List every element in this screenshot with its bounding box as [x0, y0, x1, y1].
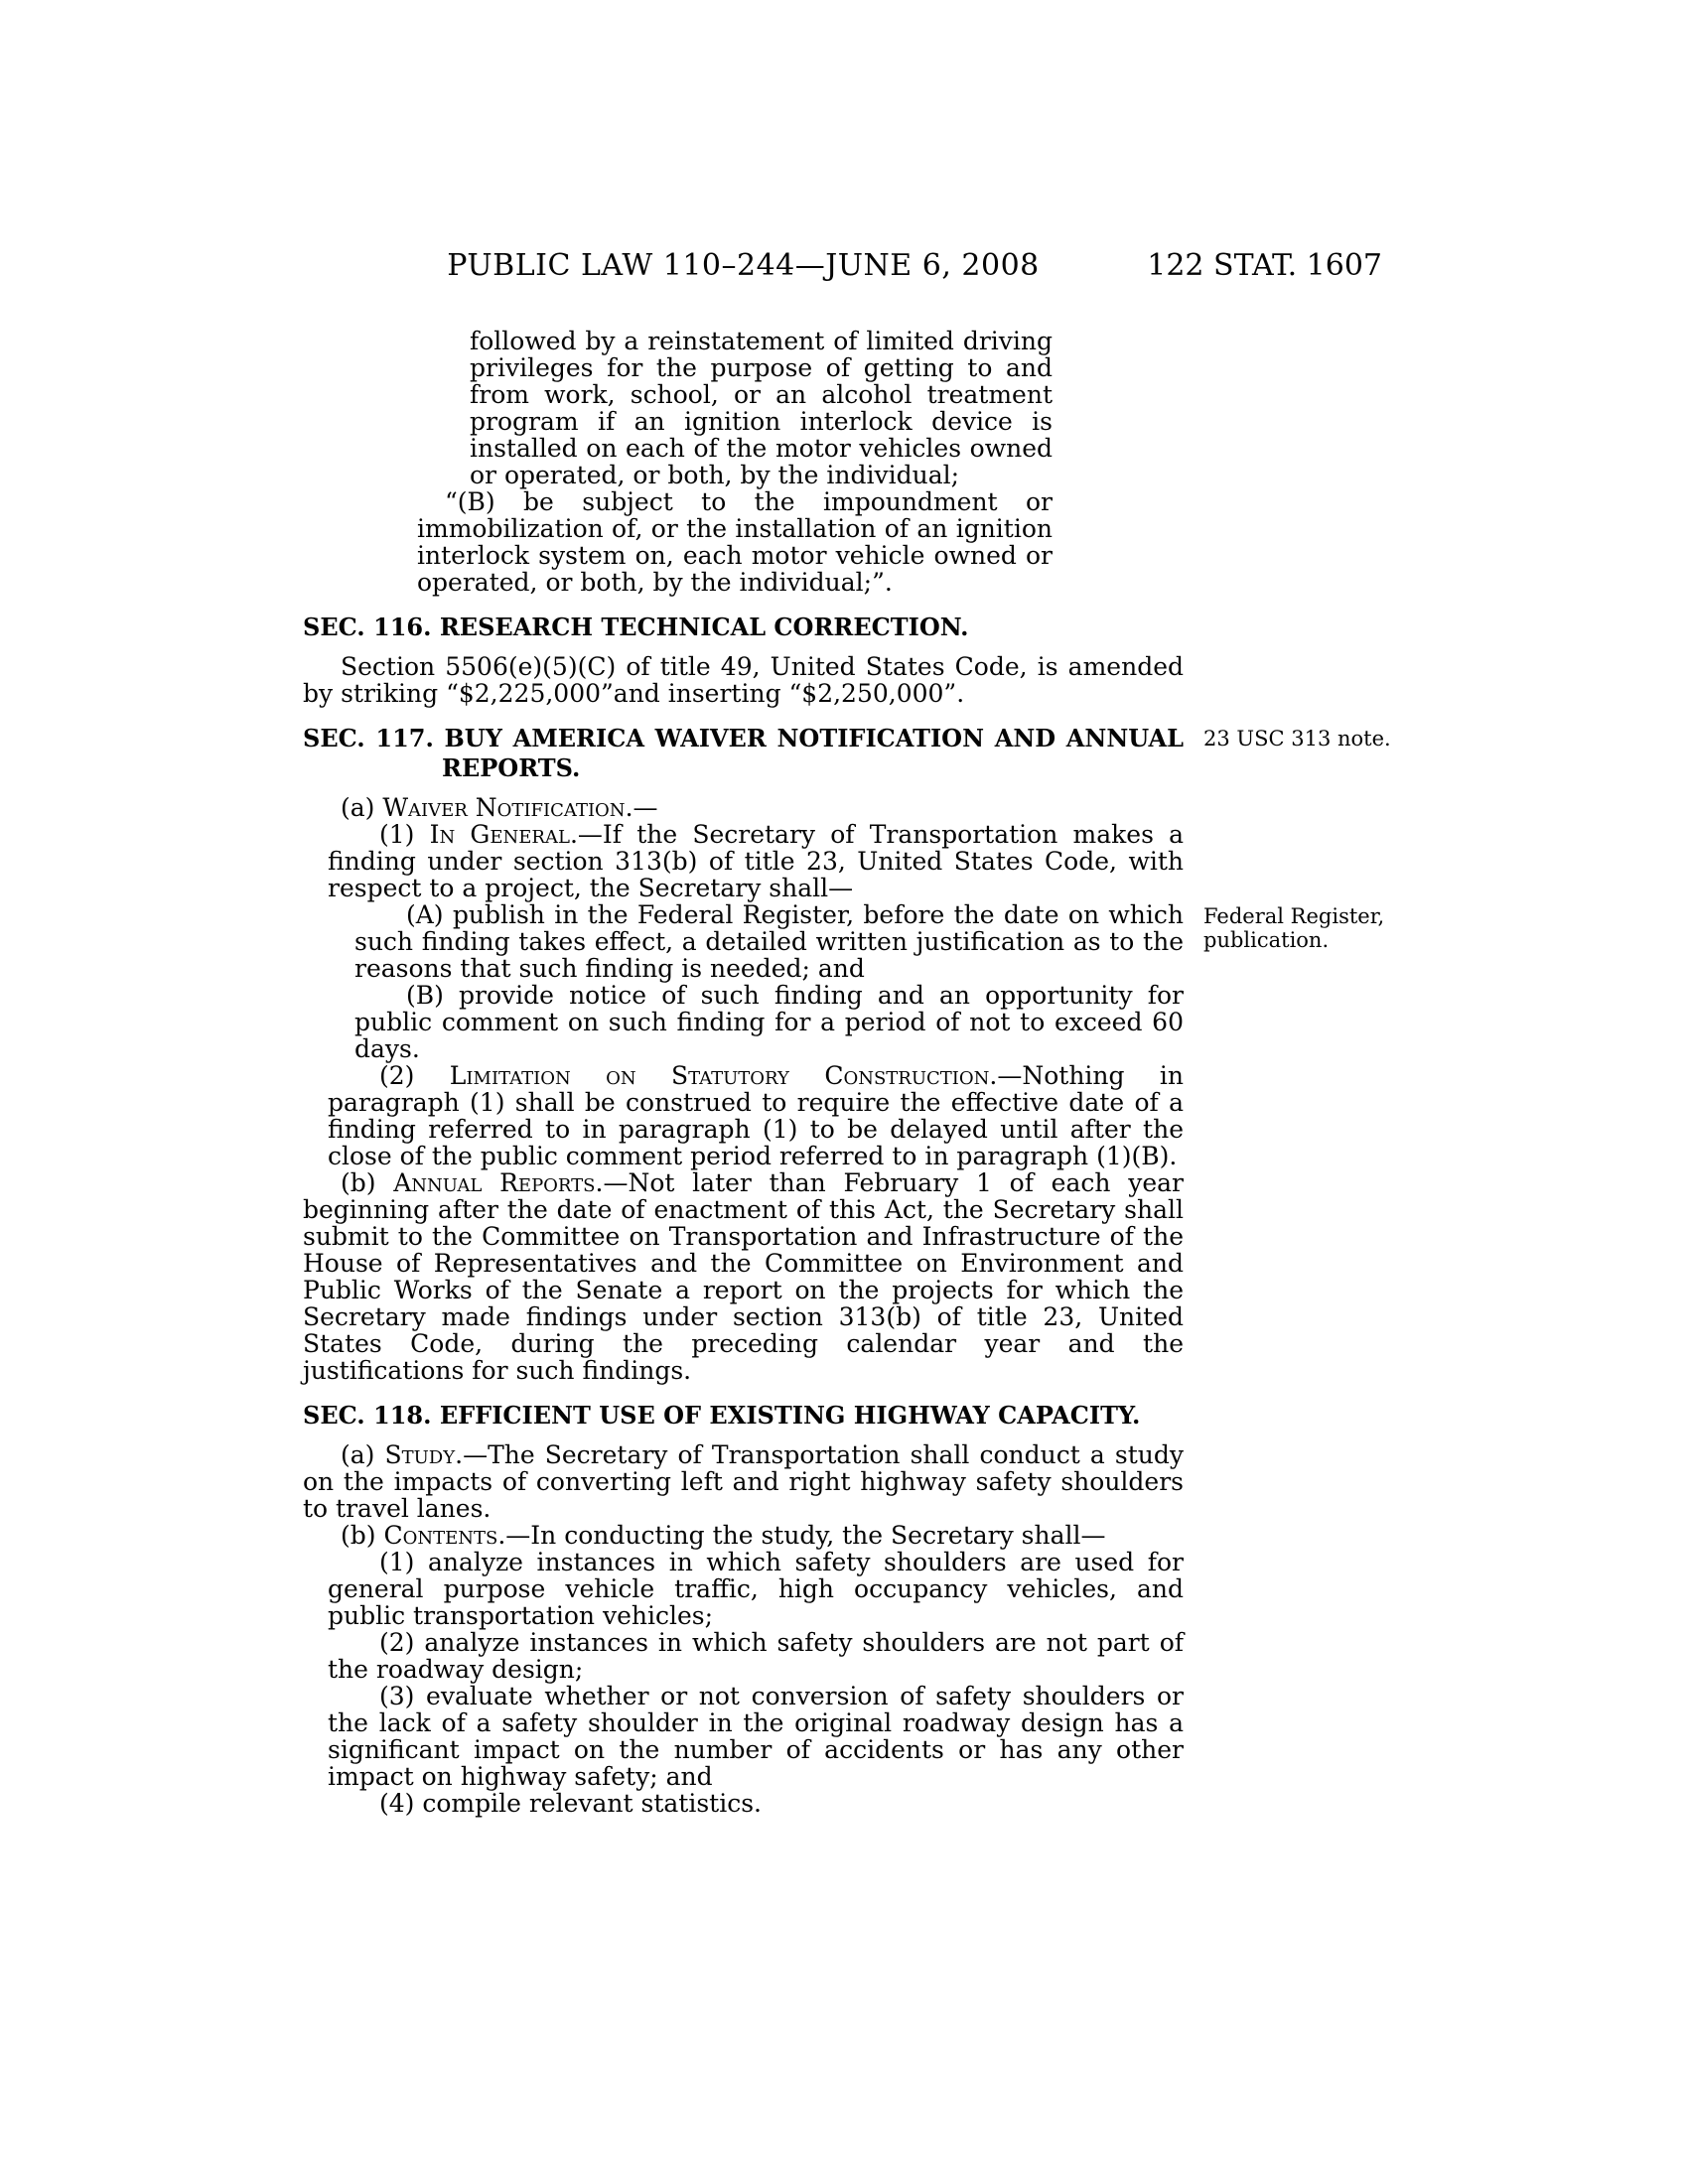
text-run: (3) evaluate whether or not conversion o…: [328, 1682, 1184, 1791]
text-run: (b): [341, 1168, 393, 1197]
text-run: (4) compile relevant statistics.: [379, 1789, 762, 1818]
statute-document-page: PUBLIC LAW 110–244—JUNE 6, 2008 122 STAT…: [0, 0, 1688, 2184]
small-caps-run: In General: [430, 820, 570, 849]
text-run: (1) analyze instances in which safety sh…: [328, 1548, 1184, 1630]
statute-paragraph: (a) Study.—The Secretary of Transportati…: [303, 1441, 1184, 1522]
section-heading-line2: REPORTS.: [303, 753, 1184, 783]
statute-paragraph: “(B) be subject to the impoundment or im…: [303, 488, 1184, 596]
margin-note-line: publication.: [1203, 928, 1402, 952]
statute-paragraph: (a) Waiver Notification.—: [303, 794, 1184, 821]
text-run: (a): [341, 1440, 385, 1469]
margin-note-line: Federal Register,: [1203, 904, 1402, 928]
statute-paragraph: (3) evaluate whether or not conversion o…: [303, 1683, 1184, 1790]
margin-note: 23 USC 313 note.: [1203, 727, 1402, 751]
small-caps-run: Contents: [383, 1521, 497, 1550]
statute-paragraph: (4) compile relevant statistics.: [303, 1790, 1184, 1817]
text-run: (1): [379, 820, 430, 849]
margin-note: Federal Register,publication.: [1203, 904, 1402, 952]
statute-paragraph: (1) In General.—If the Secretary of Tran…: [303, 821, 1184, 901]
text-run: SEC. 118. EFFICIENT USE OF EXISTING HIGH…: [303, 1401, 1140, 1430]
text-run: (2): [379, 1061, 450, 1090]
statute-paragraph: Section 5506(e)(5)(C) of title 49, Unite…: [303, 653, 1184, 707]
text-run: SEC. 116. RESEARCH TECHNICAL CORRECTION.: [303, 613, 968, 641]
running-head-title: PUBLIC LAW 110–244—JUNE 6, 2008: [303, 248, 1184, 284]
margin-note-line: 23 USC 313 note.: [1203, 727, 1402, 751]
small-caps-run: Limitation on Statutory Construction: [450, 1061, 990, 1090]
text-run: (B) provide notice of such finding and a…: [354, 981, 1184, 1063]
section-heading: SEC. 117. BUY AMERICA WAIVER NOTIFICATIO…: [303, 724, 1184, 783]
text-run: .—Not later than February 1 of each year…: [303, 1168, 1184, 1385]
small-caps-run: Study: [385, 1440, 456, 1469]
section-heading: SEC. 116. RESEARCH TECHNICAL CORRECTION.: [303, 613, 1184, 642]
body-column: followed by a reinstatement of limited d…: [303, 328, 1184, 1817]
small-caps-run: Annual Reports: [393, 1168, 595, 1197]
text-run: (2) analyze instances in which safety sh…: [328, 1628, 1184, 1684]
statute-paragraph: (b) Contents.—In conducting the study, t…: [303, 1522, 1184, 1549]
text-run: followed by a reinstatement of limited d…: [470, 327, 1053, 489]
statute-paragraph: (A) publish in the Federal Register, bef…: [303, 901, 1184, 982]
statute-paragraph: (2) Limitation on Statutory Construction…: [303, 1062, 1184, 1169]
text-run: .—: [626, 793, 658, 822]
text-run: (A) publish in the Federal Register, bef…: [354, 900, 1184, 983]
text-run: (b): [341, 1521, 383, 1550]
statute-paragraph: (1) analyze instances in which safety sh…: [303, 1549, 1184, 1629]
statute-paragraph: (2) analyze instances in which safety sh…: [303, 1629, 1184, 1683]
text-run: (a): [341, 793, 382, 822]
section-heading-line1: SEC. 117. BUY AMERICA WAIVER NOTIFICATIO…: [303, 724, 1184, 753]
statute-paragraph: (B) provide notice of such finding and a…: [303, 982, 1184, 1062]
statute-paragraph: followed by a reinstatement of limited d…: [303, 328, 1184, 488]
section-heading: SEC. 118. EFFICIENT USE OF EXISTING HIGH…: [303, 1401, 1184, 1431]
small-caps-run: Waiver Notification: [382, 793, 625, 822]
statute-paragraph: (b) Annual Reports.—Not later than Febru…: [303, 1169, 1184, 1384]
text-run: Section 5506(e)(5)(C) of title 49, Unite…: [303, 652, 1184, 708]
text-run: “(B) be subject to the impoundment or im…: [417, 487, 1053, 597]
statute-page-number: 122 STAT. 1607: [1142, 248, 1382, 284]
text-run: .—In conducting the study, the Secretary…: [497, 1521, 1105, 1550]
